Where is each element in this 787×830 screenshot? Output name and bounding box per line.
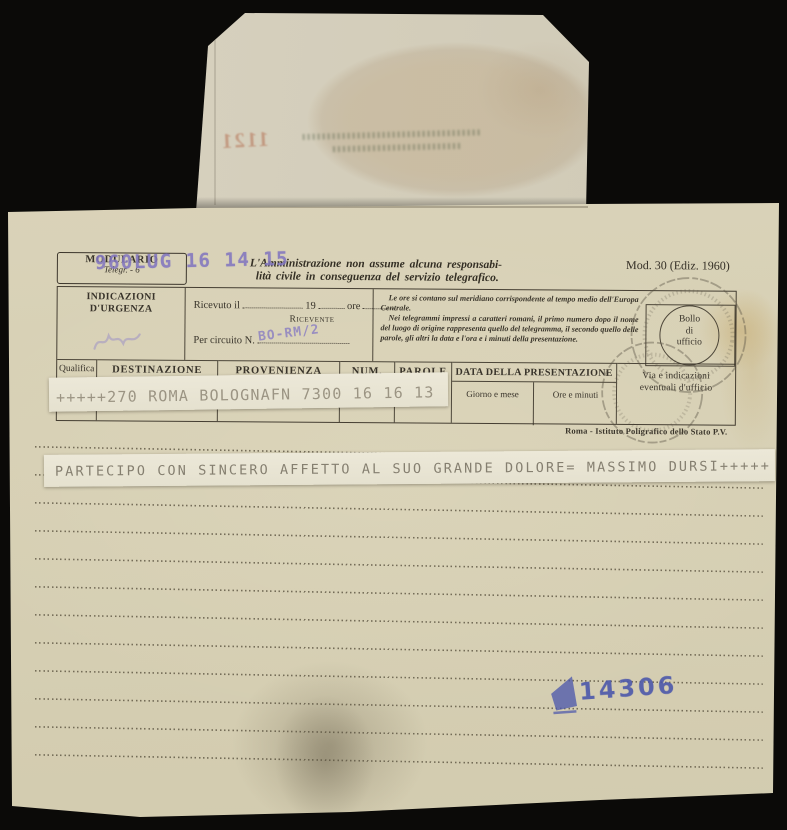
postmark-stamps [585,256,787,480]
ricevuto-label: Ricevuto il [194,300,240,311]
show-through-number: 1121 [219,127,269,155]
ore-label: ore [347,301,360,312]
year-blank [318,299,344,309]
circuito-label: Per circuito N. [193,335,255,346]
disclaimer: L'Amministrazione non assume alcuna resp… [250,257,562,285]
subcolumn-giorno: Giorno e mese [452,382,533,426]
ink-blot [548,676,581,718]
date-blank [243,298,303,308]
year-prefix: 19 [305,301,316,312]
show-through-stamp [280,129,481,168]
service-line-text: +++++270 ROMA BOLOGNAFN 7300 16 16 13 [56,383,435,406]
scanned-telegram-document: 1121 MODULARIO Telegr. - 6 L'Amministraz… [0,0,787,830]
envelope-flap: 1121 [0,0,787,230]
service-tape-strip: +++++270 ROMA BOLOGNAFN 7300 16 16 13 [49,372,448,412]
arrival-date-stamp: 960LUG 16 14 15 [95,248,290,274]
flap-crease [214,40,216,205]
edge-artifact [0,26,8,98]
reception-cell: Ricevuto il 19 ore Ricevente Per circuit… [185,288,373,361]
handwritten-mark [91,326,145,354]
